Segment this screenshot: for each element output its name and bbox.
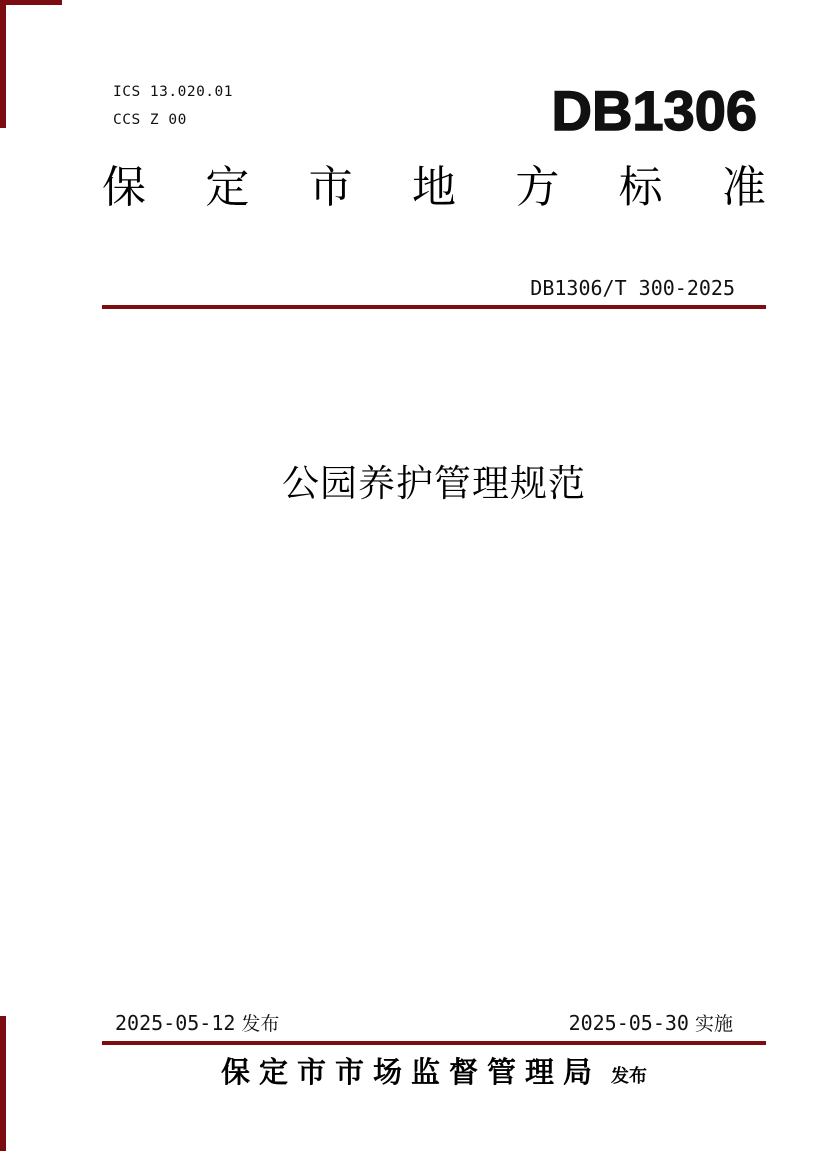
standard-type-char: 方 — [515, 164, 559, 212]
standard-type-char: 准 — [722, 164, 766, 212]
ccs-code: CCS Z 00 — [113, 112, 187, 128]
page-edge-mark-bottom-left — [0, 1016, 6, 1151]
standard-type-char: 定 — [205, 164, 249, 212]
bottom-divider-rule — [102, 1041, 766, 1045]
standard-type-title: 保 定 市 地 方 标 准 — [102, 164, 766, 212]
ics-code: ICS 13.020.01 — [113, 84, 233, 100]
publisher-label: 发布 — [611, 1062, 647, 1088]
dates-row: 2025-05-12 发布 2025-05-30 实施 — [115, 1009, 733, 1036]
top-divider-rule — [102, 305, 766, 309]
implementation-date-value: 2025-05-30 — [569, 1011, 689, 1035]
publisher-line: 保定市市场监督管理局 发布 — [102, 1050, 766, 1091]
document-title: 公园养护管理规范 — [102, 453, 766, 507]
issue-date: 2025-05-12 发布 — [115, 1009, 279, 1036]
standard-type-char: 保 — [102, 164, 146, 212]
db-region-code: DB1306 — [552, 80, 757, 142]
issue-date-value: 2025-05-12 — [115, 1011, 235, 1035]
page-edge-mark-top — [0, 0, 62, 5]
standard-type-char: 地 — [412, 164, 456, 212]
standard-number: DB1306/T 300-2025 — [530, 276, 735, 300]
implementation-date: 2025-05-30 实施 — [569, 1009, 733, 1036]
standard-type-char: 市 — [309, 164, 353, 212]
standard-cover-page: ICS 13.020.01 CCS Z 00 DB1306 保 定 市 地 方 … — [0, 0, 815, 1151]
publisher-name: 保定市市场监督管理局 — [221, 1050, 601, 1091]
issue-date-label: 发布 — [241, 1009, 279, 1036]
page-edge-mark-top-left — [0, 0, 6, 128]
standard-type-char: 标 — [619, 164, 663, 212]
implementation-date-label: 实施 — [695, 1009, 733, 1036]
